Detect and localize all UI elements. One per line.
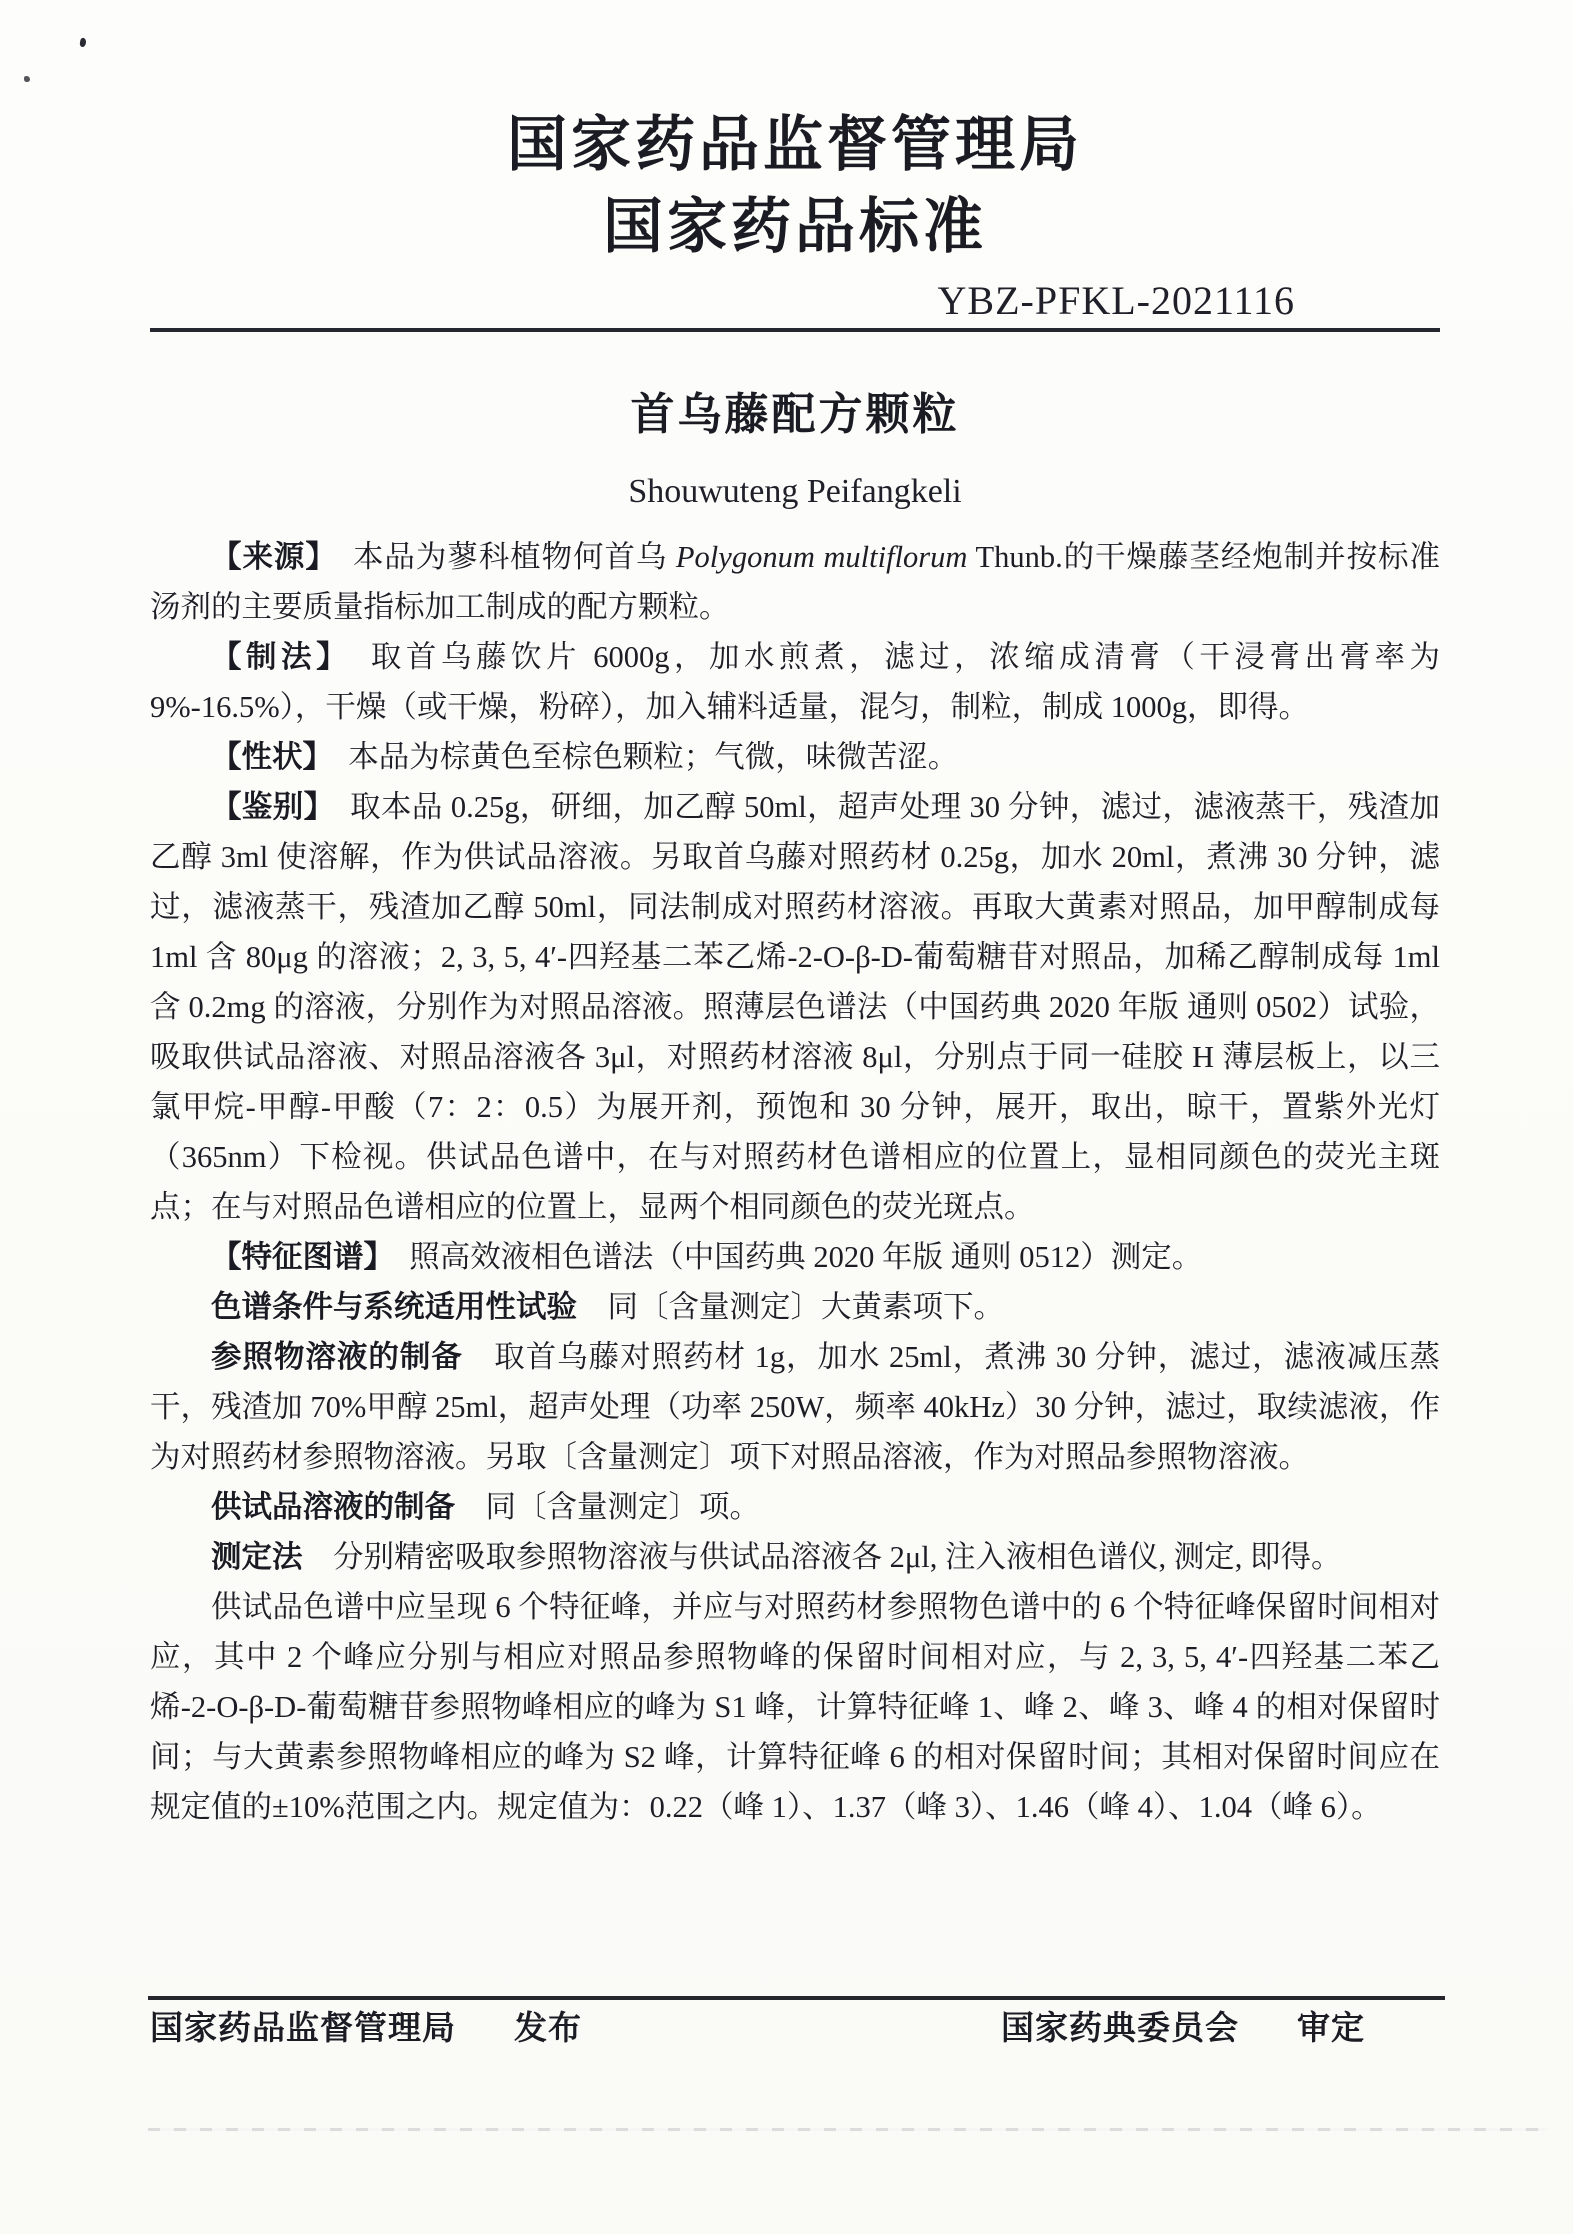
footer-publisher: 国家药品监督管理局 — [150, 2008, 456, 2048]
scan-speck — [24, 76, 30, 82]
text-run: Polygonum multiflorum — [676, 540, 968, 574]
text-run: 本品为棕黄色至棕色颗粒；气微，味微苦涩。 — [318, 740, 959, 774]
document-page: 国家药品监督管理局 国家药品标准 YBZ-PFKL-2021116 首乌藤配方颗… — [0, 0, 1573, 2234]
text-run: 取本品 0.25g，研细，加乙醇 50ml，超声处理 30 分钟，滤过，滤液蒸干… — [150, 790, 1440, 1224]
section-label: 【鉴别】 — [211, 790, 319, 824]
header-doc-type: 国家药品标准 — [150, 186, 1440, 268]
text-run: 分别精密吸取参照物溶液与供试品溶液各 2μl, 注入液相色谱仪, 测定, 即得。 — [303, 1540, 1342, 1574]
paragraph: 【性状】 本品为棕黄色至棕色颗粒；气微，味微苦涩。 — [150, 732, 1440, 782]
footer-publish-label: 发布 — [514, 2008, 582, 2048]
text-run: 供试品色谱中应呈现 6 个特征峰，并应与对照药材参照物色谱中的 6 个特征峰保留… — [150, 1590, 1440, 1824]
paragraph: 供试品溶液的制备 同〔含量测定〕项。 — [150, 1482, 1440, 1532]
subsection-heading: 供试品溶液的制备 — [211, 1490, 455, 1524]
drug-title-pinyin: Shouwuteng Peifangkeli — [150, 474, 1440, 510]
header-divider — [150, 328, 1440, 332]
section-label: 【制法】 — [211, 640, 336, 674]
paragraph: 色谱条件与系统适用性试验 同〔含量测定〕大黄素项下。 — [150, 1282, 1440, 1332]
scan-smudge-line — [148, 2128, 1548, 2131]
subsection-heading: 测定法 — [211, 1540, 303, 1574]
paragraph: 【特征图谱】 照高效液相色谱法（中国药典 2020 年版 通则 0512）测定。 — [150, 1232, 1440, 1282]
footer-review-label: 审定 — [1297, 2008, 1365, 2048]
text-run: 取首乌藤饮片 6000g，加水煎煮，滤过，浓缩成清膏（干浸膏出膏率为 9%-16… — [150, 640, 1440, 724]
footer-committee: 国家药典委员会 — [1001, 2008, 1239, 2048]
paragraph: 参照物溶液的制备 取首乌藤对照药材 1g，加水 25ml，煮沸 30 分钟，滤过… — [150, 1332, 1440, 1482]
standard-code: YBZ-PFKL-2021116 — [150, 278, 1440, 324]
paragraph: 【制法】 取首乌藤饮片 6000g，加水煎煮，滤过，浓缩成清膏（干浸膏出膏率为 … — [150, 632, 1440, 732]
document-body: 【来源】 本品为蓼科植物何首乌 Polygonum multiflorum Th… — [150, 532, 1440, 1832]
document-header: 国家药品监督管理局 国家药品标准 YBZ-PFKL-2021116 — [150, 0, 1440, 332]
text-run: 同〔含量测定〕大黄素项下。 — [577, 1290, 1004, 1324]
paragraph: 【鉴别】 取本品 0.25g，研细，加乙醇 50ml，超声处理 30 分钟，滤过… — [150, 782, 1440, 1232]
paragraph: 【来源】 本品为蓼科植物何首乌 Polygonum multiflorum Th… — [150, 532, 1440, 632]
section-label: 【特征图谱】 — [211, 1240, 379, 1274]
header-org-title: 国家药品监督管理局 — [150, 104, 1440, 186]
paragraph: 供试品色谱中应呈现 6 个特征峰，并应与对照药材参照物色谱中的 6 个特征峰保留… — [150, 1582, 1440, 1832]
footer-divider — [148, 1996, 1445, 2000]
section-label: 【性状】 — [211, 740, 318, 774]
text-run: 照高效液相色谱法（中国药典 2020 年版 通则 0512）测定。 — [379, 1240, 1203, 1274]
document-footer: 国家药品监督管理局 发布 国家药典委员会 审定 — [0, 1996, 1573, 2048]
text-run: 同〔含量测定〕项。 — [455, 1490, 760, 1524]
paragraph: 测定法 分别精密吸取参照物溶液与供试品溶液各 2μl, 注入液相色谱仪, 测定,… — [150, 1532, 1440, 1582]
drug-title: 首乌藤配方颗粒 — [150, 392, 1440, 438]
subsection-heading: 色谱条件与系统适用性试验 — [211, 1290, 577, 1324]
text-run: 本品为蓼科植物何首乌 — [322, 540, 676, 574]
section-label: 【来源】 — [211, 540, 322, 574]
subsection-heading: 参照物溶液的制备 — [211, 1340, 463, 1374]
